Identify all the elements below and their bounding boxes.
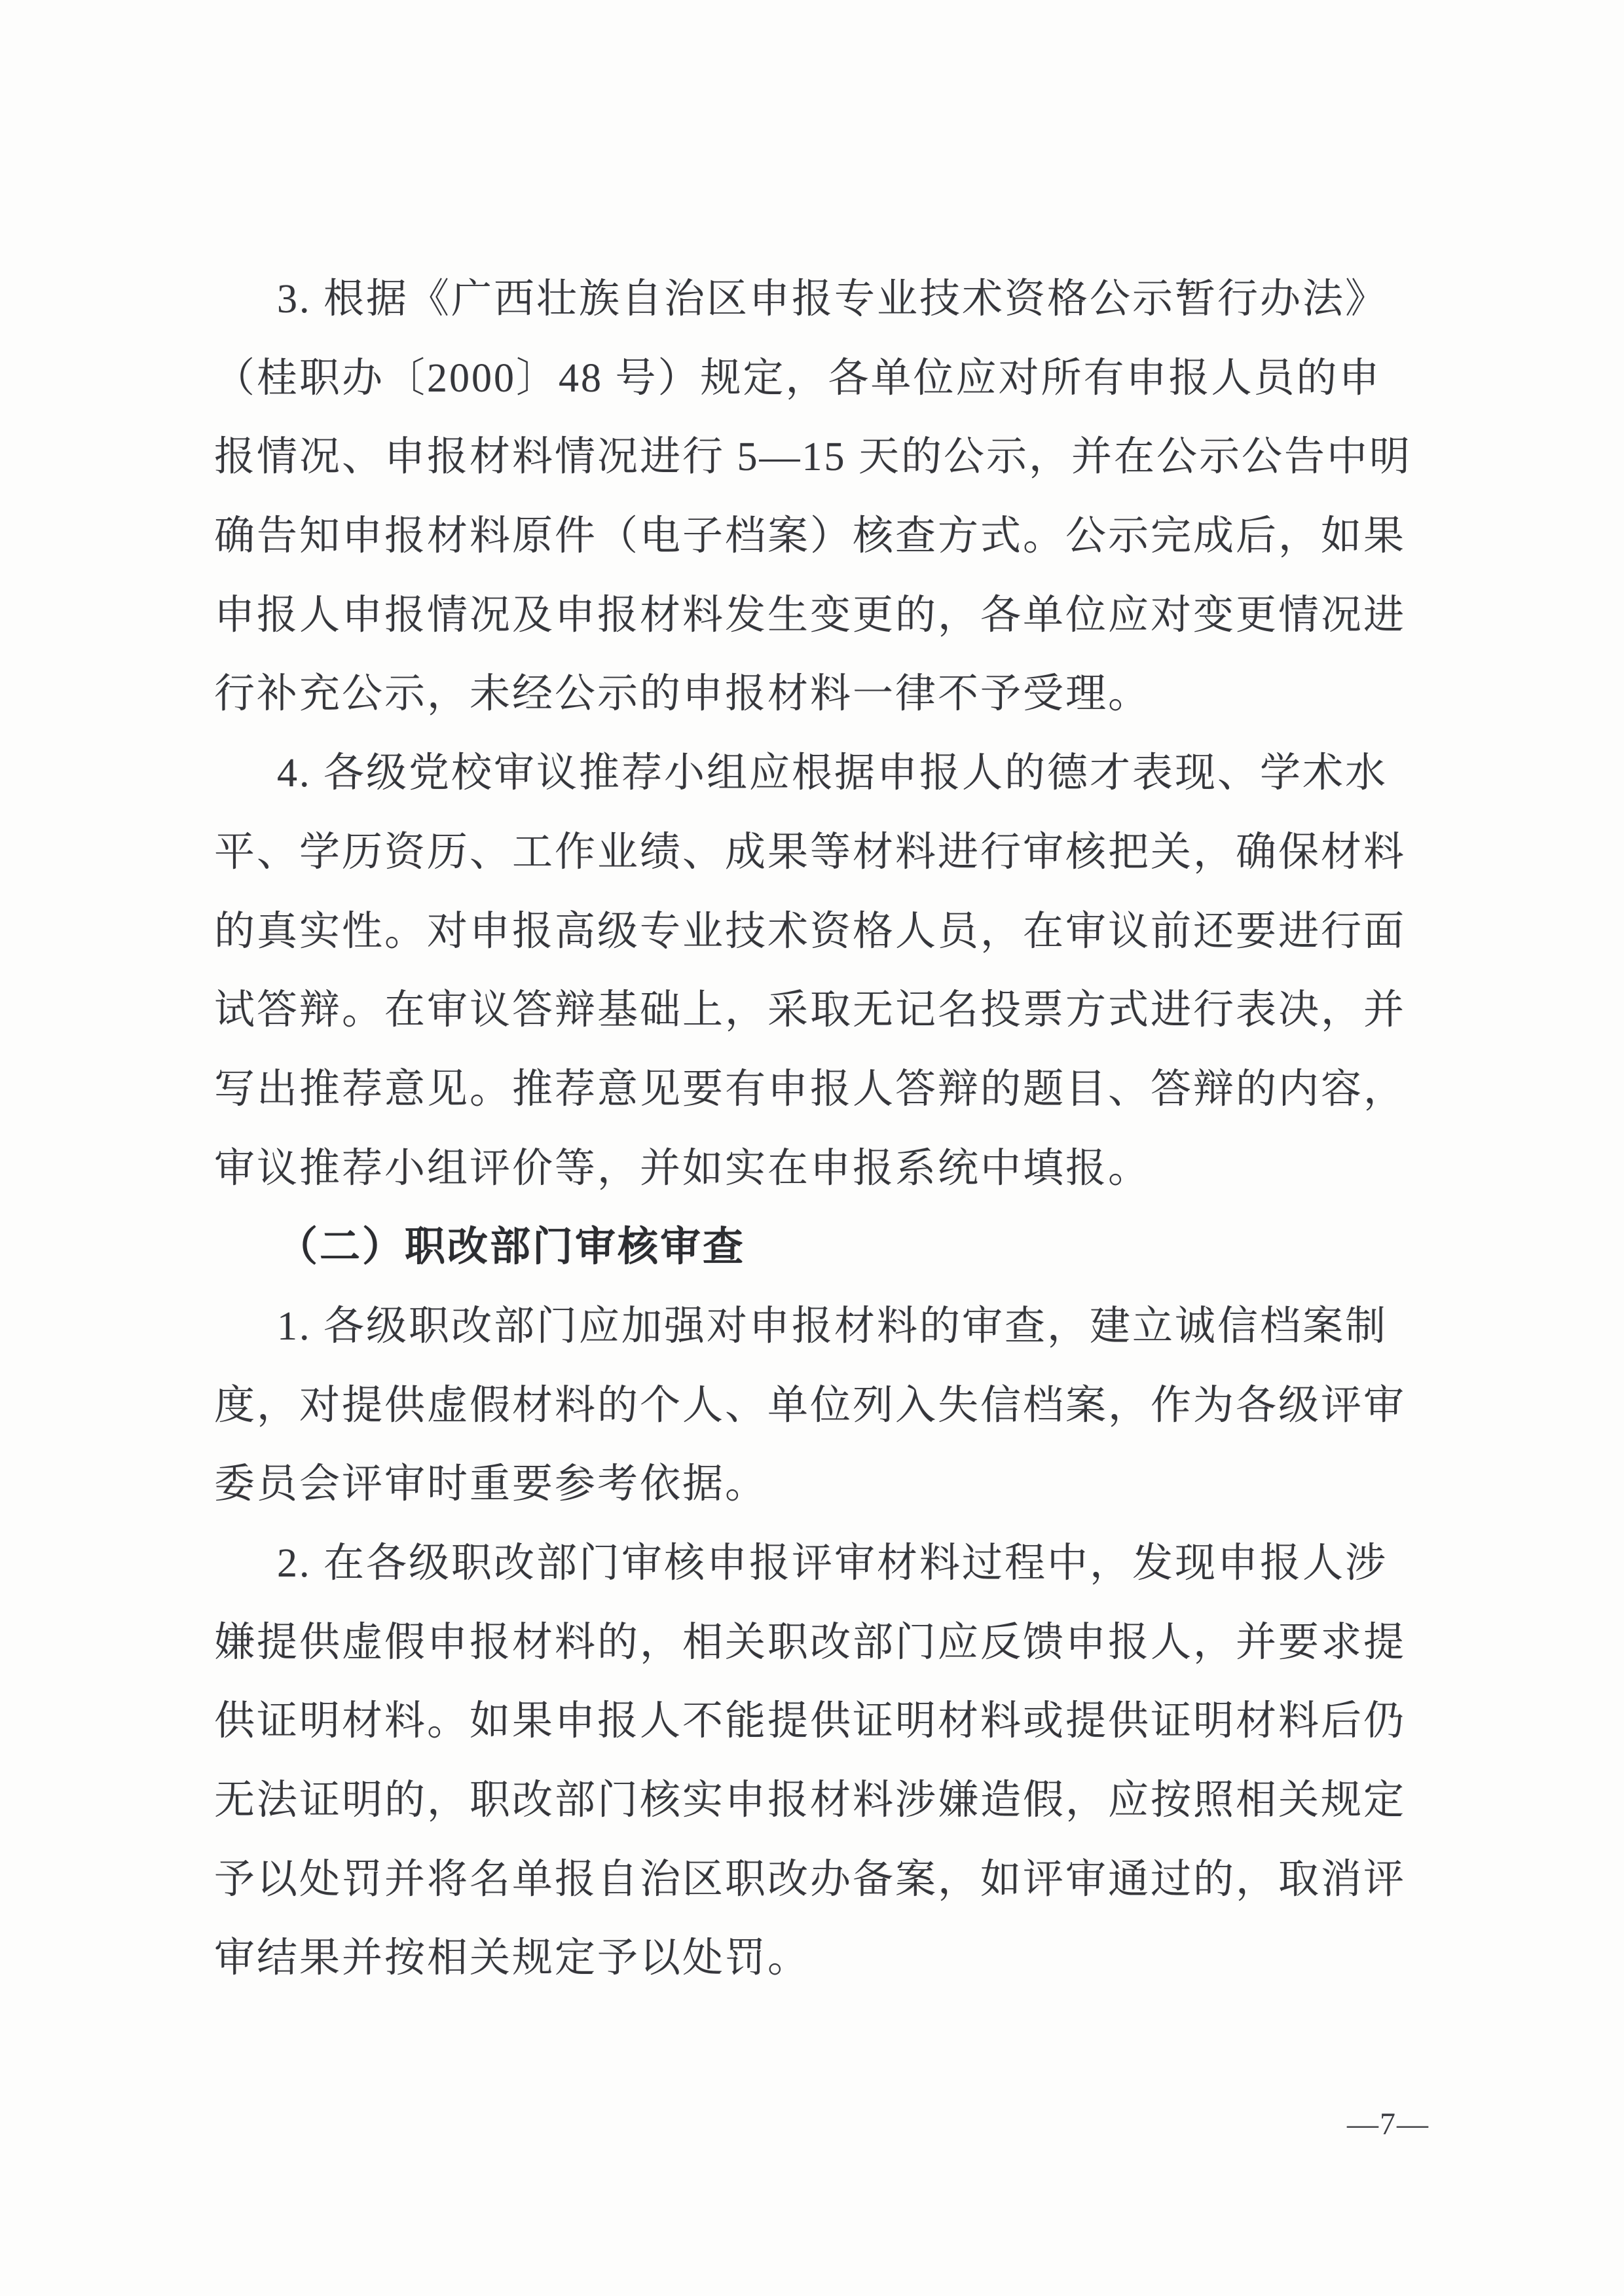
text-line: 度，对提供虚假材料的个人、单位列入失信档案，作为各级评审 (214, 1366, 1373, 1446)
text-line: 审议推荐小组评价等，并如实在申报系统中填报。 (214, 1129, 1373, 1209)
document-body: 3. 根据《广西壮族自治区申报专业技术资格公示暂行办法》 （桂职办〔2000〕4… (214, 260, 1373, 1998)
text-line: 委员会评审时重要参考依据。 (214, 1445, 1373, 1524)
section-heading: （二）职改部门审核审查 (214, 1208, 1373, 1287)
text-line: 嫌提供虚假申报材料的，相关职改部门应反馈申报人，并要求提 (214, 1603, 1373, 1683)
document-page: 3. 根据《广西壮族自治区申报专业技术资格公示暂行办法》 （桂职办〔2000〕4… (0, 0, 1624, 2296)
text-line: 申报人申报情况及申报材料发生变更的，各单位应对变更情况进 (214, 576, 1373, 655)
text-line: 4. 各级党校审议推荐小组应根据申报人的德才表现、学术水 (214, 734, 1373, 813)
text-line: （桂职办〔2000〕48 号）规定，各单位应对所有申报人员的申 (214, 339, 1373, 418)
text-line: 报情况、申报材料情况进行 5—15 天的公示，并在公示公告中明 (214, 418, 1373, 497)
text-line: 3. 根据《广西壮族自治区申报专业技术资格公示暂行办法》 (214, 260, 1373, 339)
page-number: —7— (1313, 2103, 1464, 2146)
text-line: 平、学历资历、工作业绩、成果等材料进行审核把关，确保材料 (214, 813, 1373, 892)
text-line: 审结果并按相关规定予以处罚。 (214, 1919, 1373, 1998)
text-line: 2. 在各级职改部门审核申报评审材料过程中，发现申报人涉 (214, 1524, 1373, 1603)
text-line: 行补充公示，未经公示的申报材料一律不予受理。 (214, 655, 1373, 734)
text-line: 的真实性。对申报高级专业技术资格人员，在审议前还要进行面 (214, 892, 1373, 972)
text-line: 试答辩。在审议答辩基础上，采取无记名投票方式进行表决，并 (214, 971, 1373, 1050)
text-line: 无法证明的，职改部门核实申报材料涉嫌造假，应按照相关规定 (214, 1761, 1373, 1840)
text-line: 确告知申报材料原件（电子档案）核查方式。公示完成后，如果 (214, 497, 1373, 576)
text-line: 1. 各级职改部门应加强对申报材料的审查，建立诚信档案制 (214, 1287, 1373, 1366)
text-line: 予以处罚并将名单报自治区职改办备案，如评审通过的，取消评 (214, 1840, 1373, 1920)
text-line: 供证明材料。如果申报人不能提供证明材料或提供证明材料后仍 (214, 1682, 1373, 1761)
text-line: 写出推荐意见。推荐意见要有申报人答辩的题目、答辩的内容， (214, 1050, 1373, 1129)
